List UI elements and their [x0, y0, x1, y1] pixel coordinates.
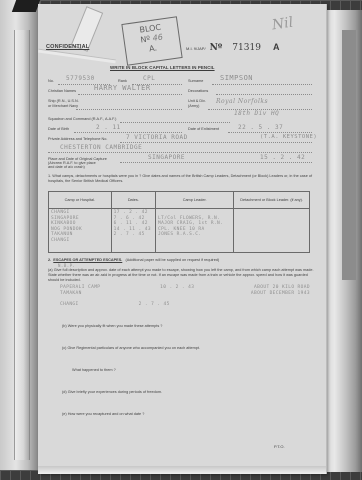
camp-cell: CHANGI SINGAPORE KINKABOO NOG PONDOK TAK… — [49, 209, 112, 253]
escape-place: TAMAKAN — [60, 291, 82, 297]
escape-answer-row: TAMAKAN ABOUT DECEMBER 1943 — [60, 291, 310, 297]
folder-clip — [12, 0, 40, 12]
decorations-label: Decorations — [188, 89, 208, 93]
address-value-1: 7 VICTORIA ROAD — [126, 134, 188, 141]
leader-entry: MAJOR CRAIG, 1st R.N. — [158, 221, 231, 227]
col-camp: Camp or Hospital. — [49, 192, 112, 209]
detachment-cell — [234, 209, 310, 253]
date-entry: 6 . 11 . 42 — [114, 221, 153, 227]
date-entry: 17 . 2 . 42 — [114, 210, 153, 216]
camps-table-header: Camp or Hospital. Dates. Camp Leader. De… — [49, 192, 310, 209]
christian-names-value: HARRY WALTER — [94, 84, 151, 92]
section1-question: 1. What camps, detachments or hospitals … — [48, 174, 316, 184]
ship-label-2: or Merchant Navy — [48, 104, 78, 108]
capture-label-3: and date of a/c crash) — [48, 165, 85, 169]
liberation-questionnaire-page: CONFIDENTIAL BLOC Nº 46 A. Nil M.I. 9/JA… — [38, 4, 326, 474]
squadron-label: Squadron and Command (R.A.F., A.A.F.) — [48, 117, 116, 121]
serial-block: M.I. 9/JAP/ Nº 71319 A — [186, 42, 279, 53]
serial-number: 71319 — [232, 43, 261, 53]
dob-label: Date of Birth — [48, 127, 69, 131]
question-2c-followup: What happened to them ? — [72, 368, 116, 373]
pto-label: P.T.O. — [274, 444, 285, 449]
enlistment-label: Date of Enlistment — [188, 127, 219, 131]
escape-answer-row: CHANGI 2 . 7 . 45 — [60, 302, 310, 308]
rank-label: Rank — [118, 79, 127, 83]
escape-detail: ABOUT DECEMBER 1943 — [251, 291, 310, 297]
col-camp-leader: Camp Leader. — [155, 192, 233, 209]
question-2e: (e) How were you recaptured and on what … — [62, 412, 144, 417]
unit-label-2: (Army) — [188, 104, 199, 108]
handwritten-annotation: Nil — [271, 15, 294, 34]
escape-date: 2 . 7 . 45 — [139, 302, 170, 308]
folder-right-shadow — [342, 30, 356, 280]
escape-date: 10 . 2 . 43 — [160, 285, 194, 291]
dob-line — [74, 132, 182, 133]
ship-label-1: Ship (R.N., U.S.N. — [48, 99, 79, 103]
block-stamp: BLOC Nº 46 A. — [121, 16, 182, 65]
ship-line — [76, 109, 182, 110]
question-2a: (a) Give full description and approx. da… — [48, 268, 316, 282]
escape-place: CHANGI — [60, 302, 79, 308]
camps-table-body: CHANGI SINGAPORE KINKABOO NOG PONDOK TAK… — [49, 209, 310, 253]
surname-line — [212, 84, 312, 85]
stamp-no-value: 46 — [152, 33, 163, 43]
section2-title: ESCAPES OR ATTEMPTED ESCAPES. — [53, 258, 122, 262]
no-value: 5779530 — [66, 75, 95, 82]
enlistment-line — [228, 132, 312, 133]
form-code: M.I. 9/JAP/ — [186, 46, 206, 51]
christian-names-label: Christian Names — [48, 89, 76, 93]
surname-label: Surname — [188, 79, 203, 83]
address-line-1 — [120, 142, 312, 143]
question-2c: (c) Give Regimental particulars of anyon… — [62, 346, 200, 351]
leader-entry: JONES R.A.S.C. — [158, 232, 231, 238]
leader-cell: LT/Col FLOWERS, R.N. MAJOR CRAIG, 1st R.… — [155, 209, 233, 253]
page-bottom-edge — [38, 466, 326, 474]
unit-label-1: Unit & Div. — [188, 99, 206, 103]
camps-table: Camp or Hospital. Dates. Camp Leader. De… — [48, 191, 310, 253]
unit-value-2: 18th Div HQ — [234, 110, 279, 117]
col-dates: Dates. — [111, 192, 155, 209]
serial-suffix: A — [273, 42, 280, 52]
section2-number: 2. — [48, 258, 51, 262]
squadron-line — [120, 122, 230, 123]
capture-date: 15 . 2 . 42 — [260, 154, 305, 161]
tie-string — [38, 49, 116, 64]
escape-answers: PAPERALI CAMP 10 . 2 . 43 ABOUT 20 KILO … — [60, 285, 310, 308]
dob-value: 2 . 11 — [96, 124, 121, 131]
date-entry: 2 . 7 . 45 — [114, 232, 153, 238]
question-2d: (d) Give briefly your experiences during… — [62, 390, 162, 395]
section1-number: 1. — [48, 174, 51, 178]
capture-line — [120, 162, 312, 163]
folder-left-edge — [0, 0, 40, 470]
address-line-2 — [48, 152, 312, 153]
serial-prefix: Nº — [210, 43, 223, 53]
no-label: No. — [48, 79, 54, 83]
dates-cell: 17 . 2 . 42 7 . 6 . 42 6 . 11 . 42 14 . … — [111, 209, 155, 253]
enlistment-value: 22 . 5 . 37 — [238, 124, 283, 131]
decorations-line — [216, 94, 312, 95]
rank-value: CPL — [143, 75, 155, 82]
folder-spine — [14, 30, 30, 460]
section1-text: What camps, detachments or hospitals wer… — [48, 174, 312, 183]
classification-label: CONFIDENTIAL — [46, 44, 89, 50]
address-value-2: CHESTERTON CAMBRIDGE — [60, 144, 142, 151]
form-instruction: WRITE IN BLOCK CAPITAL LETTERS IN PENCIL — [110, 65, 215, 70]
christian-names-line — [78, 94, 182, 95]
folder-right-edge — [320, 10, 362, 472]
address-label: Private Address and Telephone No. — [48, 137, 107, 141]
stamp-no-label: Nº — [140, 34, 151, 44]
address-note: (T.A. KEYSTONE) — [260, 134, 317, 140]
col-detachment: Detachment or Block Leader. (if any). — [234, 192, 310, 209]
camp-entry: CHANGI — [51, 238, 109, 244]
capture-place: SINGAPORE — [148, 154, 185, 161]
question-2b: (b) Were you physically fit when you mad… — [62, 324, 162, 329]
unit-value-1: Royal Norfolks — [216, 98, 268, 105]
section2-note: (Additional paper will be supplied on re… — [125, 258, 219, 262]
surname-value: SIMPSON — [220, 74, 253, 82]
